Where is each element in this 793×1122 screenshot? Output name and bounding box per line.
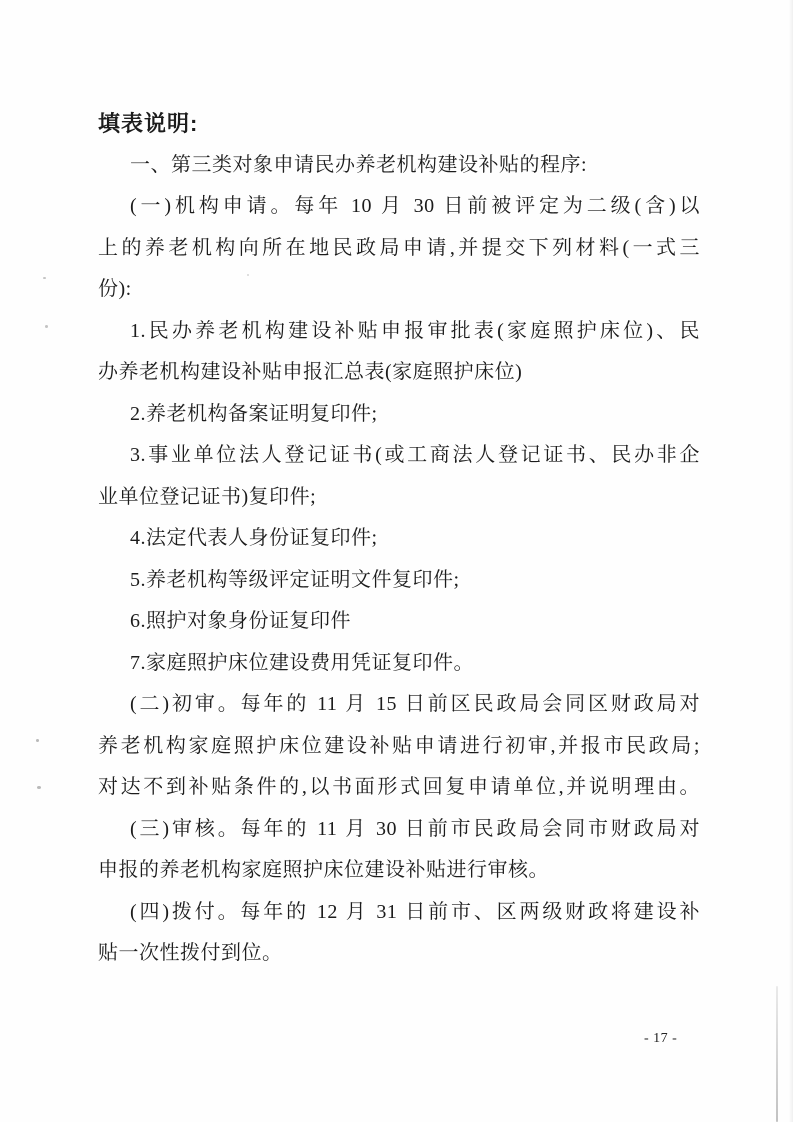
text-line: 上的养老机构向所在地民政局申请,并提交下列材料(一式三: [98, 228, 700, 270]
text-line: 办养老机构建设补贴申报汇总表(家庭照护床位): [98, 352, 700, 394]
text-line: 3.事业单位法人登记证书(或工商法人登记证书、民办非企: [98, 435, 700, 477]
text-line: 份):: [98, 269, 700, 311]
text-line: 养老机构家庭照护床位建设补贴申请进行初审,并报市民政局;: [98, 726, 700, 768]
scan-speck: [36, 739, 39, 742]
text-line: 贴一次性拨付到位。: [98, 933, 700, 975]
text-line: (四)拨付。每年的 12 月 31 日前市、区两级财政将建设补: [98, 892, 700, 934]
text-line: 一、第三类对象申请民办养老机构建设补贴的程序:: [98, 145, 700, 187]
doc-lines: 一、第三类对象申请民办养老机构建设补贴的程序:(一)机构申请。每年 10 月 3…: [98, 145, 700, 975]
page-background: 填表说明: 一、第三类对象申请民办养老机构建设补贴的程序:(一)机构申请。每年 …: [0, 0, 793, 1122]
scan-speck: [37, 786, 41, 789]
page-number: - 17 -: [644, 1031, 677, 1047]
text-line: (三)审核。每年的 11 月 30 日前市民政局会同市财政局对: [98, 809, 700, 851]
doc-title: 填表说明:: [98, 103, 700, 145]
text-line: (二)初审。每年的 11 月 15 日前区民政局会同区财政局对: [98, 684, 700, 726]
text-line: 7.家庭照护床位建设费用凭证复印件。: [98, 643, 700, 685]
text-line: 2.养老机构备案证明复印件;: [98, 394, 700, 436]
text-line: 1.民办养老机构建设补贴申报审批表(家庭照护床位)、民: [98, 311, 700, 353]
scanned-document-page: { "page": { "page_number": "- 17 -" }, "…: [0, 0, 793, 1122]
scan-edge-artifact: [776, 986, 778, 1122]
text-line: 对达不到补贴条件的,以书面形式回复申请单位,并说明理由。: [98, 767, 700, 809]
scan-edge-shading: [789, 0, 793, 1122]
scan-speck: [247, 274, 249, 276]
text-line: 5.养老机构等级评定证明文件复印件;: [98, 560, 700, 602]
document-body: 填表说明: 一、第三类对象申请民办养老机构建设补贴的程序:(一)机构申请。每年 …: [98, 103, 700, 975]
text-line: 业单位登记证书)复印件;: [98, 477, 700, 519]
text-line: (一)机构申请。每年 10 月 30 日前被评定为二级(含)以: [98, 186, 700, 228]
text-line: 6.照护对象身份证复印件: [98, 601, 700, 643]
text-line: 申报的养老机构家庭照护床位建设补贴进行审核。: [98, 850, 700, 892]
scan-speck: [43, 277, 46, 279]
scan-speck: [45, 325, 48, 328]
text-line: 4.法定代表人身份证复印件;: [98, 518, 700, 560]
